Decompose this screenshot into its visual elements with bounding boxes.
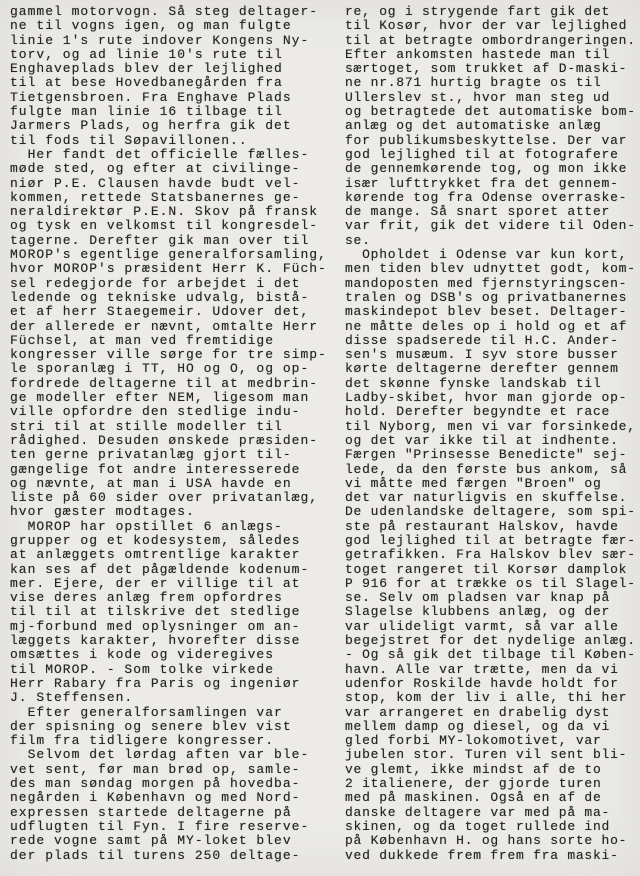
text-line: der spisning og senere blev vist: [10, 720, 322, 734]
text-line: men tiden blev udnyttet godt, kom-: [345, 262, 640, 276]
text-line: sel redegjorde for arbejdet i det: [10, 277, 322, 291]
text-line: at anlæggets omtrentlige karakter: [10, 548, 322, 562]
text-line: begejstret for det nydelige anlæg.: [345, 634, 640, 648]
text-line: Færgen "Prinsesse Benedicte" sej-: [345, 448, 640, 462]
text-line: stop, kom der liv i alle, thi her: [345, 691, 640, 705]
text-line: Efter generalforsamlingen var: [10, 706, 322, 720]
text-line: sen's musæum. I syv store busser: [345, 348, 640, 362]
text-line: jubelen stor. Turen vil sent bli-: [345, 748, 640, 762]
text-line: MOROP's egentlige generalforsamling,: [10, 248, 322, 262]
two-column-text-layout: gammel motorvogn. Så steg deltager-ne ti…: [0, 5, 640, 863]
text-line: J. Steffensen.: [10, 691, 322, 705]
text-line: disse spadserede til H.C. Ander-: [345, 334, 640, 348]
text-line: ville opfordre den stedlige indu-: [10, 405, 322, 419]
text-line: var arrangeret en drabelig dyst: [345, 706, 640, 720]
text-line: havn. Alle var trætte, men da vi: [345, 663, 640, 677]
text-line: fordrede deltagerne til at medbrin-: [10, 377, 322, 391]
text-line: film fra tidligere kongresser.: [10, 734, 322, 748]
text-line: og nævnte, at man i USA havde en: [10, 477, 322, 491]
text-line: Enghaveplads blev der lejlighed: [10, 62, 322, 76]
text-line: et af herr Staegemeir. Udover det,: [10, 305, 322, 319]
text-line: re, og i strygende fart gik det: [345, 5, 640, 19]
text-line: des man søndag morgen på hovedba-: [10, 777, 322, 791]
text-line: liste på 60 sider over privatanlæg,: [10, 491, 322, 505]
text-line: ve glemt, ikke mindst af de to: [345, 763, 640, 777]
text-line: til fods til Søpavillonen..: [10, 134, 322, 148]
text-line: rådighed. Desuden ønskede præsiden-: [10, 434, 322, 448]
text-line: ne til vogns igen, og man fulgte: [10, 19, 322, 33]
text-line: var frit, gik det videre til Oden-: [345, 219, 640, 233]
text-line: expressen startede deltagerne på: [10, 806, 322, 820]
text-line: til Nyborg, men vi var forsinkede,: [345, 420, 640, 434]
text-line: ne måtte deles op i hold og et af: [345, 320, 640, 334]
text-line: tagerne. Derefter gik man over til: [10, 234, 322, 248]
text-line: torv, og ad linie 10's rute til: [10, 48, 322, 62]
text-line: getrafikken. Fra Halskov blev sær-: [345, 548, 640, 562]
text-line: danske deltagere var med på ma-: [345, 806, 640, 820]
text-line: omsættes i kode og videregives: [10, 648, 322, 662]
text-line: gled forbi MY-lokomotivet, var: [345, 734, 640, 748]
text-line: negården i København og med Nord-: [10, 791, 322, 805]
text-line: ste på restaurant Halskov, havde: [345, 520, 640, 534]
text-line: hold. Derefter begyndte et race: [345, 405, 640, 419]
text-line: vise deres anlæg frem opfordres: [10, 591, 322, 605]
text-line: rede vogne samt på MY-loket blev: [10, 834, 322, 848]
text-line: Her fandt det officielle fælles-: [10, 148, 322, 162]
text-line: kan ses af det pågældende kodenum-: [10, 563, 322, 577]
text-line: maskindepot blev beset. Deltager-: [345, 305, 640, 319]
text-line: Opholdet i Odense var kun kort,: [345, 248, 640, 262]
text-line: til at betragte ombordrangeringen.: [345, 34, 640, 48]
text-line: Selvom det lørdag aften var ble-: [10, 748, 322, 762]
text-line: neraldirektør P.E.N. Skov på fransk: [10, 205, 322, 219]
text-line: kommen, rettede Statsbanernes ge-: [10, 191, 322, 205]
text-line: kongresser ville sørge for tre simp-: [10, 348, 322, 362]
text-line: - Og så gik det tilbage til Køben-: [345, 648, 640, 662]
text-line: især lufttrykket fra det gennem-: [345, 177, 640, 191]
text-line: det skønne fynske landskab til: [345, 377, 640, 391]
text-line: til at bese Hovedbanegården fra: [10, 76, 322, 90]
text-line: niør P.E. Clausen havde budt vel-: [10, 177, 322, 191]
text-line: mer. Ejere, der er villige til at: [10, 577, 322, 591]
text-line: linie 1's rute indover Kongens Ny-: [10, 34, 322, 48]
text-line: udenfor Roskilde havde holdt for: [345, 677, 640, 691]
text-line: og det var ikke til at indhente.: [345, 434, 640, 448]
text-line: ledende og tekniske udvalg, bistå-: [10, 291, 322, 305]
text-line: skinen, og da toget rullede ind: [345, 820, 640, 834]
text-line: mellem damp og diesel, og da vi: [345, 720, 640, 734]
text-line: til til at tilskrive det stedlige: [10, 605, 322, 619]
text-line: til MOROP. - Som tolke virkede: [10, 663, 322, 677]
text-line: fulgte man linie 16 tilbage til: [10, 105, 322, 119]
text-line: med på maskinen. Også en af de: [345, 791, 640, 805]
text-line: gammel motorvogn. Så steg deltager-: [10, 5, 322, 19]
text-line: særtoget, som trukket af D-maski-: [345, 62, 640, 76]
text-line: lede, da den første bus ankom, så: [345, 463, 640, 477]
text-line: Slagelse klubbens anlæg, og der: [345, 605, 640, 619]
text-line: ten gerne privatanlæg gjort til-: [10, 448, 322, 462]
text-line: ne nr.871 hurtig bragte os til: [345, 76, 640, 90]
text-line: kørte deltagerne derefter gennem: [345, 362, 640, 376]
text-line: MOROP har opstillet 6 anlægs-: [10, 520, 322, 534]
text-line: til Kosør, hvor der var lejlighed: [345, 19, 640, 33]
text-line: tralen og DSB's og privatbanernes: [345, 291, 640, 305]
text-line: læggets karakter, hvorefter disse: [10, 634, 322, 648]
text-line: møde sted, og efter at civilinge-: [10, 162, 322, 176]
text-line: stri til at stille modeller til: [10, 420, 322, 434]
document-page: gammel motorvogn. Så steg deltager-ne ti…: [0, 0, 640, 876]
text-line: der allerede er nævnt, omtalte Herr: [10, 320, 322, 334]
text-line: grupper og et kodesystem, således: [10, 534, 322, 548]
text-line: Tietgensbroen. Fra Enghave Plads: [10, 91, 322, 105]
text-line: le sporanlæg i TT, HO og O, og op-: [10, 362, 322, 376]
text-line: der plads til turens 250 deltage-: [10, 849, 322, 863]
text-line: Herr Rabary fra Paris og ingeniør: [10, 677, 322, 691]
text-line: se.: [345, 234, 640, 248]
text-line: de gennemkørende tog, og mon ikke: [345, 162, 640, 176]
text-line: ge modeller efter NEM, ligesom man: [10, 391, 322, 405]
text-line: på København H. og hans sorte ho-: [345, 834, 640, 848]
text-line: P 916 for at trække os til Slagel-: [345, 577, 640, 591]
text-line: og betragtede det automatiske bom-: [345, 105, 640, 119]
text-line: vet sent, før man brød op, samle-: [10, 763, 322, 777]
text-line: gængelige fot andre interesserede: [10, 463, 322, 477]
text-column-left: gammel motorvogn. Så steg deltager-ne ti…: [10, 5, 322, 863]
text-line: anlæg og det automatiske anlæg: [345, 119, 640, 133]
text-line: Füchsel, at man ved fremtidige: [10, 334, 322, 348]
text-line: god lejlighed til at betragte fær-: [345, 534, 640, 548]
text-line: mandoposten med fjernstyringscen-: [345, 277, 640, 291]
text-line: toget rangeret til Korsør damplok: [345, 563, 640, 577]
text-line: Efter ankomsten hastede man til: [345, 48, 640, 62]
text-line: hvor gæster modtages.: [10, 505, 322, 519]
text-line: hvor MOROP's præsident Herr K. Füch-: [10, 262, 322, 276]
text-line: udflugten til Fyn. I fire reserve-: [10, 820, 322, 834]
text-line: for publikumsbeskyttelse. Der var: [345, 134, 640, 148]
text-line: var ulideligt varmt, så var alle: [345, 620, 640, 634]
text-line: 2 italienere, der gjorde turen: [345, 777, 640, 791]
text-line: se. Selv om pladsen var knap på: [345, 591, 640, 605]
text-line: det var naturligvis en skuffelse.: [345, 491, 640, 505]
text-column-right: re, og i strygende fart gik dettil Kosør…: [345, 5, 640, 863]
text-line: ved dukkede frem frem fra maski-: [345, 849, 640, 863]
text-line: De udenlandske deltagere, som spi-: [345, 505, 640, 519]
text-line: god lejlighed til at fotografere: [345, 148, 640, 162]
text-line: vi måtte med færgen "Broen" og: [345, 477, 640, 491]
text-line: de mange. Så snart sporet atter: [345, 205, 640, 219]
text-line: Jarmers Plads, og herfra gik det: [10, 119, 322, 133]
text-line: Ladby-skibet, hvor man gjorde op-: [345, 391, 640, 405]
text-line: og tysk en velkomst til kongresdel-: [10, 219, 322, 233]
text-line: kørende tog fra Odense overraske-: [345, 191, 640, 205]
text-line: mj-forbund med oplysninger om an-: [10, 620, 322, 634]
text-line: Ullerslev st., hvor man steg ud: [345, 91, 640, 105]
